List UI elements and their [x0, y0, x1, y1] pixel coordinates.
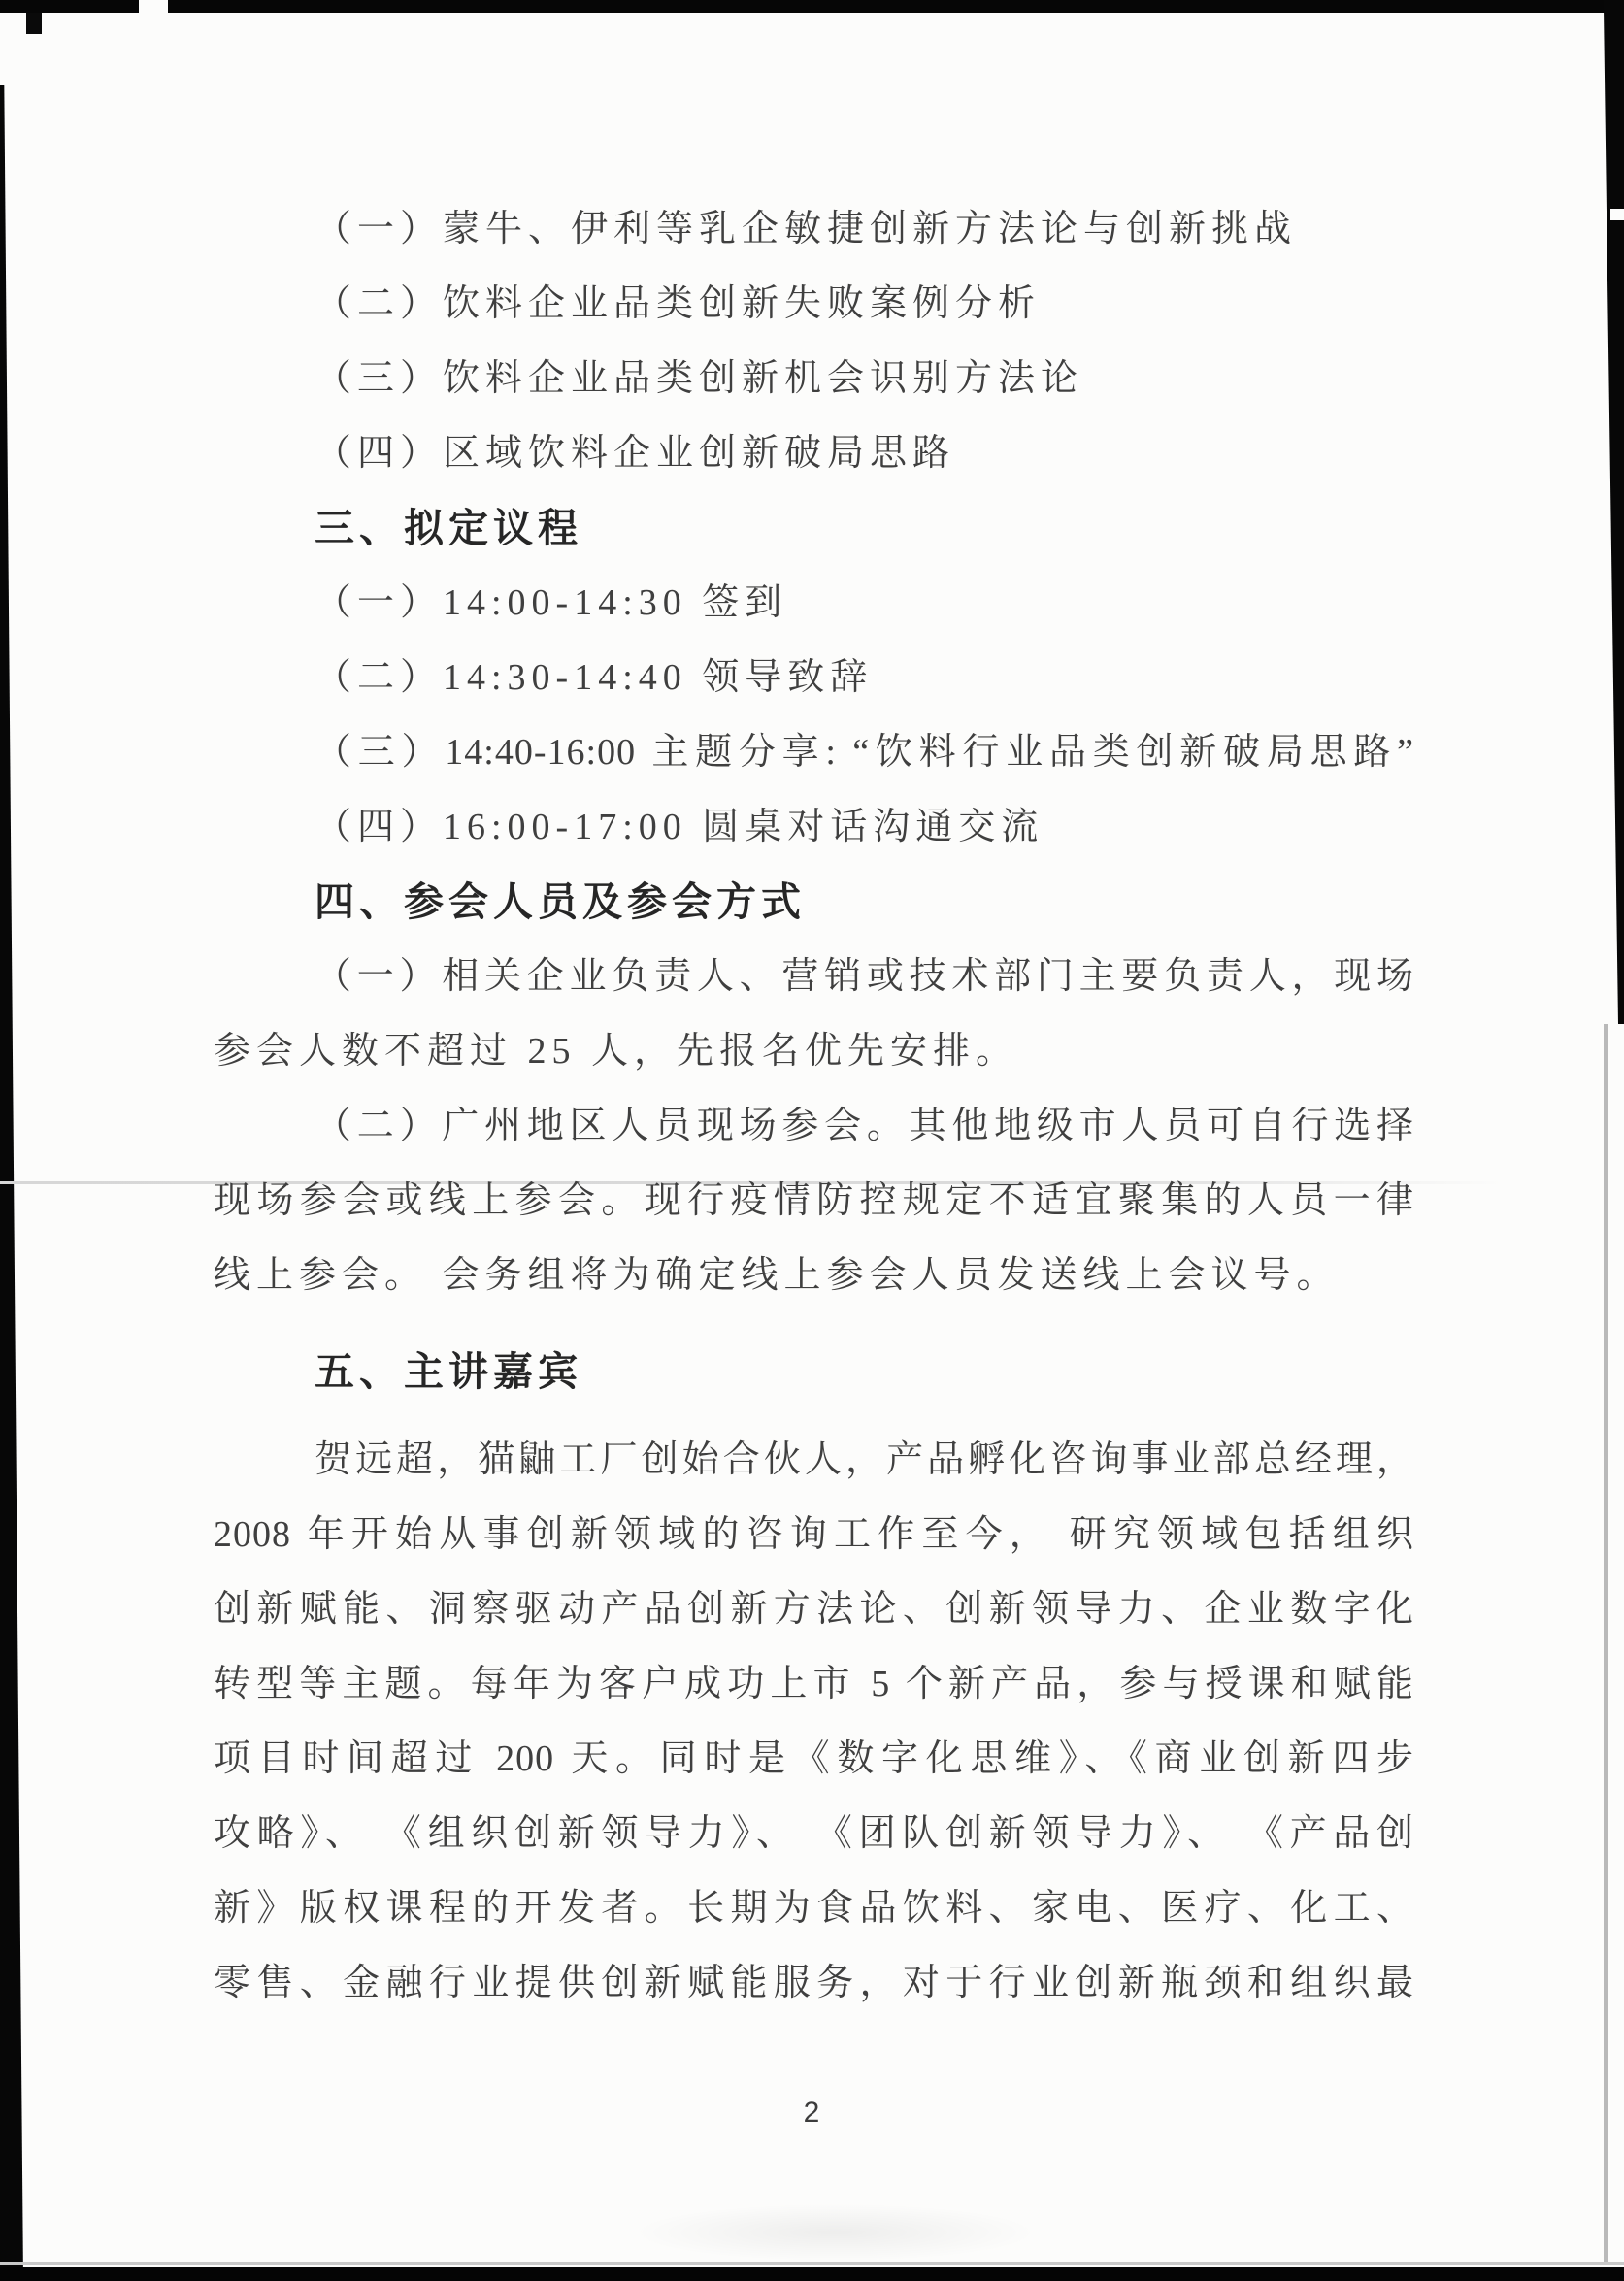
scan-artifact-top-left-notch [26, 13, 42, 34]
text-line: 现场参会或线上参会。现行疫情防控规定不适宜聚集的人员一律 [214, 1164, 1414, 1239]
list-item: （四）区域饮料企业创新破局思路 [214, 416, 1414, 491]
section-heading: 五、主讲嘉宾 [214, 1335, 1414, 1409]
scan-artifact-top-edge-gap [139, 0, 168, 13]
section-heading: 四、参会人员及参会方式 [214, 865, 1414, 940]
list-item: （一）14:00-14:30 签到 [214, 566, 1414, 641]
text-line: 创新赋能、洞察驱动产品创新方法论、创新领导力、企业数字化 [214, 1572, 1414, 1647]
list-item: （一）蒙牛、伊利等乳企敏捷创新方法论与创新挑战 [214, 192, 1414, 267]
scan-artifact-right-edge [1601, 0, 1624, 1024]
document-body: （一）蒙牛、伊利等乳企敏捷创新方法论与创新挑战（二）饮料企业品类创新失败案例分析… [214, 192, 1414, 2021]
text-line: 零售、金融行业提供创新赋能服务，对于行业创新瓶颈和组织最 [214, 1946, 1414, 2021]
list-item: （二）饮料企业品类创新失败案例分析 [214, 267, 1414, 342]
text-line: （一）相关企业负责人、营销或技术部门主要负责人，现场 [214, 940, 1414, 1014]
text-line: 2008 年开始从事创新领域的咨询工作至今， 研究领域包括组织 [214, 1498, 1414, 1572]
text-line: 线上参会。 会务组将为确定线上参会人员发送线上会议号。 [214, 1239, 1414, 1313]
text-line: 新》版权课程的开发者。长期为食品饮料、家电、医疗、化工、 [214, 1871, 1414, 1946]
scan-artifact-left-edge [0, 85, 23, 2281]
scan-artifact-bottom-edge [0, 2267, 1624, 2281]
list-item: （二）14:30-14:40 领导致辞 [214, 641, 1414, 715]
scan-artifact-right-edge-gap [1610, 209, 1624, 220]
list-item: （四）16:00-17:00 圆桌对话沟通交流 [214, 790, 1414, 865]
text-line: （二）广州地区人员现场参会。其他地级市人员可自行选择 [214, 1089, 1414, 1164]
list-item: （三）14:40-16:00 主题分享: “饮料行业品类创新破局思路” [214, 715, 1414, 790]
list-item: （三）饮料企业品类创新机会识别方法论 [214, 342, 1414, 416]
text-line: 参会人数不超过 25 人，先报名优先安排。 [214, 1014, 1414, 1089]
scan-artifact-top-edge [0, 0, 1624, 13]
text-line: 攻略》、 《组织创新领导力》、 《团队创新领导力》、 《产品创 [214, 1797, 1414, 1871]
scan-artifact-bottom-paper-edge [0, 2262, 1624, 2265]
scan-artifact-right-paper-edge [1604, 1024, 1608, 2264]
text-line: 项目时间超过 200 天。同时是《数字化思维》、《商业创新四步 [214, 1722, 1414, 1797]
text-line: 贺远超，猫鼬工厂创始合伙人，产品孵化咨询事业部总经理， [214, 1423, 1414, 1498]
text-line: 转型等主题。每年为客户成功上市 5 个新产品，参与授课和赋能 [214, 1647, 1414, 1722]
scan-artifact-smudge [631, 2203, 1039, 2262]
page-number: 2 [0, 2097, 1624, 2130]
section-heading: 三、拟定议程 [214, 491, 1414, 566]
scanned-document-page: （一）蒙牛、伊利等乳企敏捷创新方法论与创新挑战（二）饮料企业品类创新失败案例分析… [0, 0, 1624, 2281]
